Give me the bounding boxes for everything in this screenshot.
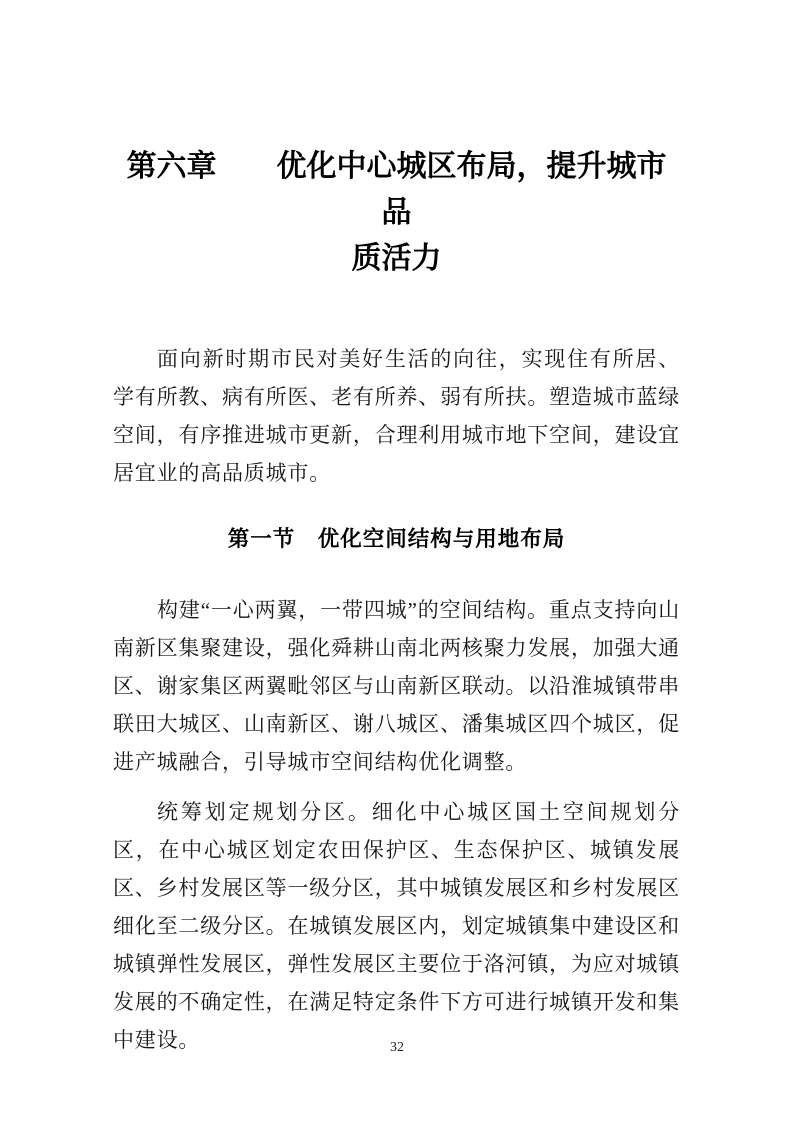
document-page: 第六章 优化中心城区布局，提升城市品 质活力 面向新时期市民对美好生活的向往，实… [0, 0, 794, 1122]
body-paragraph-1: 构建“一心两翼，一带四城”的空间结构。重点支持向山南新区集聚建设，强化舜耕山南北… [113, 591, 680, 781]
intro-paragraph: 面向新时期市民对美好生活的向往，实现住有所居、学有所教、病有所医、老有所养、弱有… [113, 340, 680, 492]
chapter-title: 第六章 优化中心城区布局，提升城市品 质活力 [113, 144, 680, 282]
page-content: 第六章 优化中心城区布局，提升城市品 质活力 面向新时期市民对美好生活的向往，实… [113, 144, 680, 1059]
section-title: 第一节 优化空间结构与用地布局 [113, 524, 680, 554]
body-paragraph-2: 统筹划定规划分区。细化中心城区国土空间规划分区，在中心城区划定农田保护区、生态保… [113, 793, 680, 1059]
page-number: 32 [0, 1038, 794, 1058]
